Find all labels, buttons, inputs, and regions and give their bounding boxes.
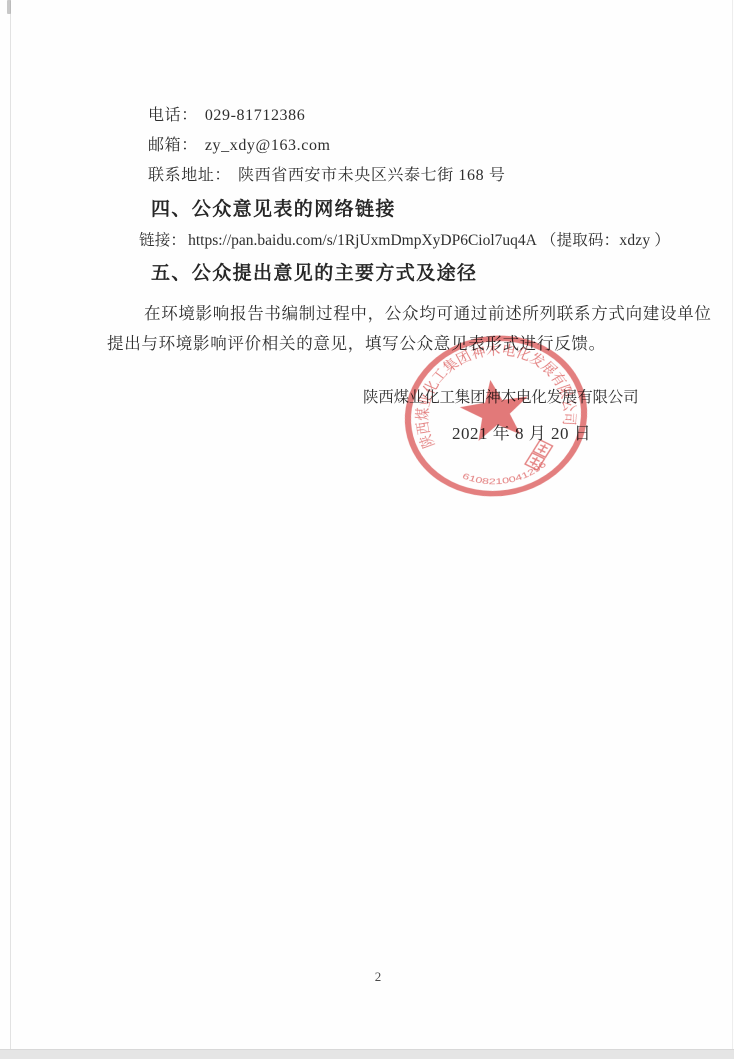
contact-address-line: 联系地址：陕西省西安市未央区兴泰七街 168 号 <box>148 162 505 185</box>
scan-edge-artifact-right <box>732 0 733 1059</box>
phone-label: 电话： <box>148 107 198 124</box>
scan-edge-artifact-bottom <box>0 1049 734 1059</box>
address-label: 联系地址： <box>148 167 231 184</box>
phone-value: 029-81712386 <box>205 107 306 124</box>
extraction-code: （提取码：xdzy ） <box>541 232 670 249</box>
page-number: 2 <box>360 969 396 985</box>
contact-email-line: 邮箱：zy_xdy@163.com <box>148 132 331 155</box>
scan-corner-mark <box>7 0 11 14</box>
paragraph-line-1: 在环境影响报告书编制过程中，公众均可通过前述所列联系方式向建设单位 <box>144 300 712 324</box>
baidu-pan-link: https://pan.baidu.com/s/1RjUxmDmpXyDP6Ci… <box>188 232 537 249</box>
section-4-heading: 四、公众意见表的网络链接 <box>151 194 396 221</box>
email-value: zy_xdy@163.com <box>205 137 331 154</box>
link-label: 链接： <box>139 232 186 249</box>
section-5-heading: 五、公众提出意见的主要方式及途径 <box>151 258 477 285</box>
seal-registration-code: 6108210041296 <box>460 458 551 492</box>
scanned-document-page: 电话：029-81712386 邮箱：zy_xdy@163.com 联系地址：陕… <box>0 0 734 1059</box>
contact-phone-line: 电话：029-81712386 <box>148 102 305 125</box>
seal-star-icon <box>456 375 533 443</box>
email-label: 邮箱： <box>148 137 198 154</box>
address-value: 陕西省西安市未央区兴泰七街 168 号 <box>238 167 505 184</box>
form-link-line: 链接：https://pan.baidu.com/s/1RjUxmDmpXyDP… <box>139 228 670 250</box>
company-seal-stamp: 陕西煤业化工集团神木电化发展有限公司 6108210041296 <box>389 317 603 515</box>
scan-edge-artifact-left <box>10 0 11 1059</box>
